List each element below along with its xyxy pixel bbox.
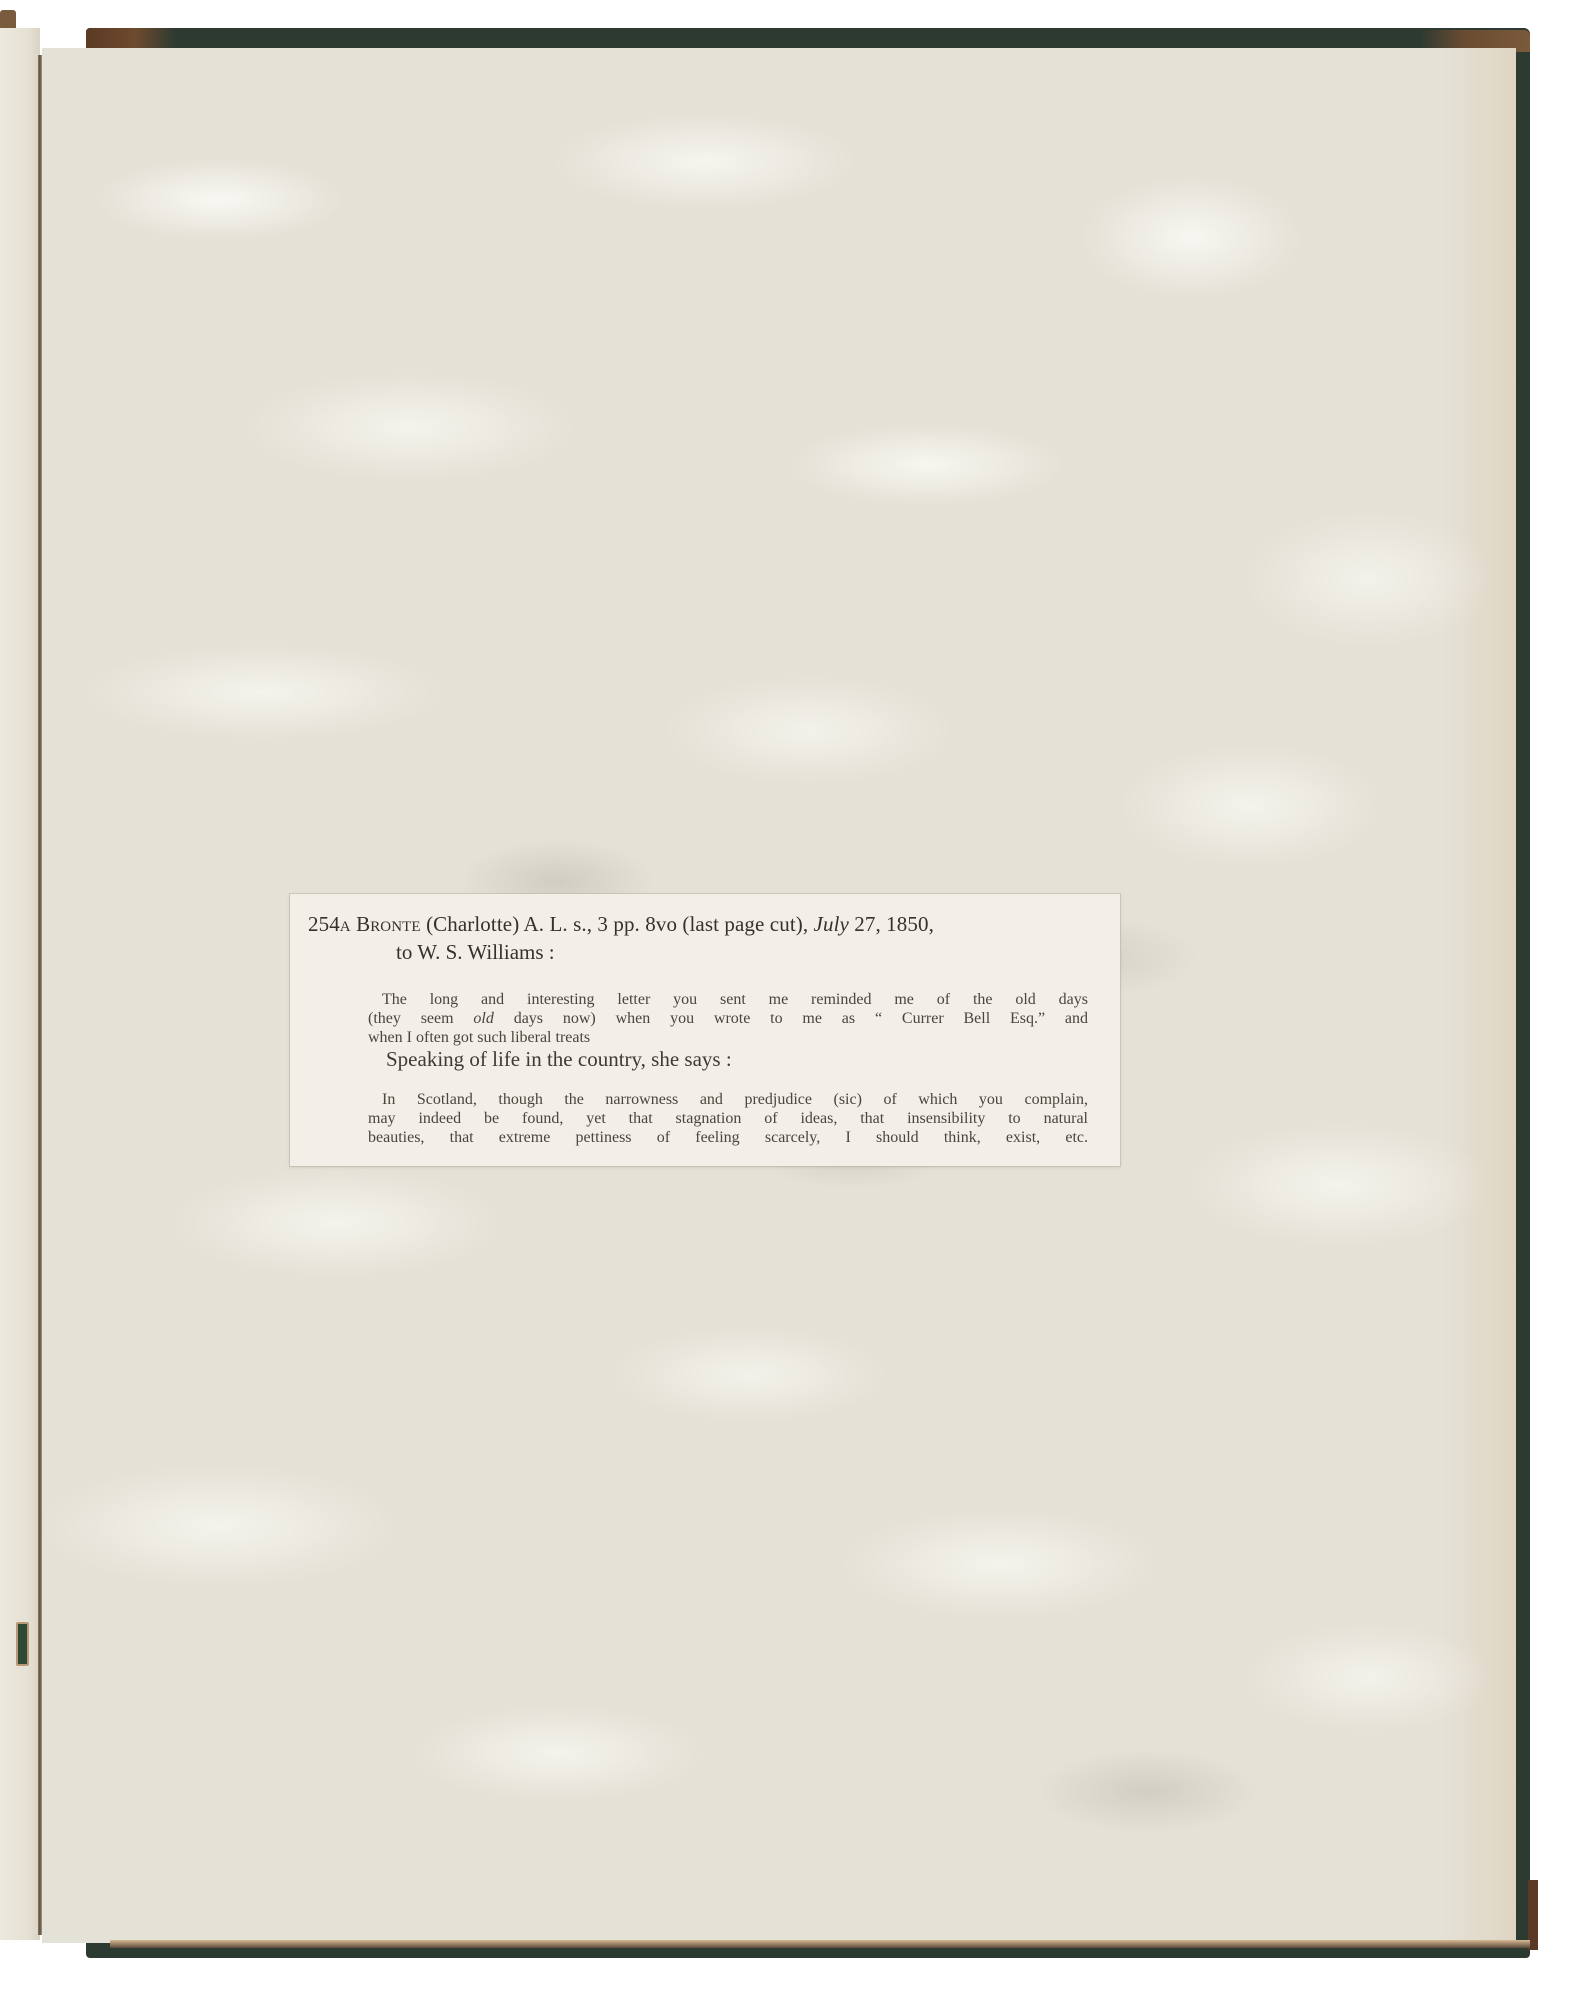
excerpt-2-line-2: may indeed be found, yet that stagnation… [368, 1109, 1088, 1128]
author-name: Bronte [356, 912, 421, 936]
excerpt-2-line-1: In Scotland, though the narrowness and p… [368, 1090, 1088, 1109]
gutter-hinge [38, 55, 42, 1935]
excerpt-1-line-2: (they seem old days now) when you wrote … [368, 1009, 1088, 1028]
excerpt-1-line-2a: (they seem [368, 1010, 473, 1027]
letter-date-rest: 27, 1850, [849, 912, 934, 936]
letter-excerpt-2: In Scotland, though the narrowness and p… [368, 1090, 1088, 1147]
binding-stain [16, 1622, 29, 1666]
recipient: to W. S. Williams : [396, 938, 555, 966]
letter-date-month: July [814, 912, 849, 936]
lot-number: 254a [308, 912, 351, 936]
excerpt-1-line-3: when I often got such liberal treats [368, 1028, 1088, 1047]
catalogue-clipping: 254a Bronte (Charlotte) A. L. s., 3 pp. … [290, 894, 1120, 1166]
narration-text: Speaking of life in the country, she say… [386, 1046, 732, 1072]
letter-excerpt-1: The long and interesting letter you sent… [368, 990, 1088, 1047]
board-bottom-edge [110, 1940, 1530, 1948]
entry-heading-line-1: 254a Bronte (Charlotte) A. L. s., 3 pp. … [308, 910, 934, 938]
item-description: (Charlotte) A. L. s., 3 pp. 8vo (last pa… [426, 912, 813, 936]
excerpt-2-line-3: beauties, that extreme pettiness of feel… [368, 1128, 1088, 1147]
excerpt-1-line-2b: days now) when you wrote to me as “ Curr… [494, 1010, 1088, 1027]
cover-wear-top-left [86, 28, 176, 48]
excerpt-1-line-1: The long and interesting letter you sent… [368, 990, 1088, 1009]
excerpt-1-emphasis: old [473, 1010, 493, 1027]
